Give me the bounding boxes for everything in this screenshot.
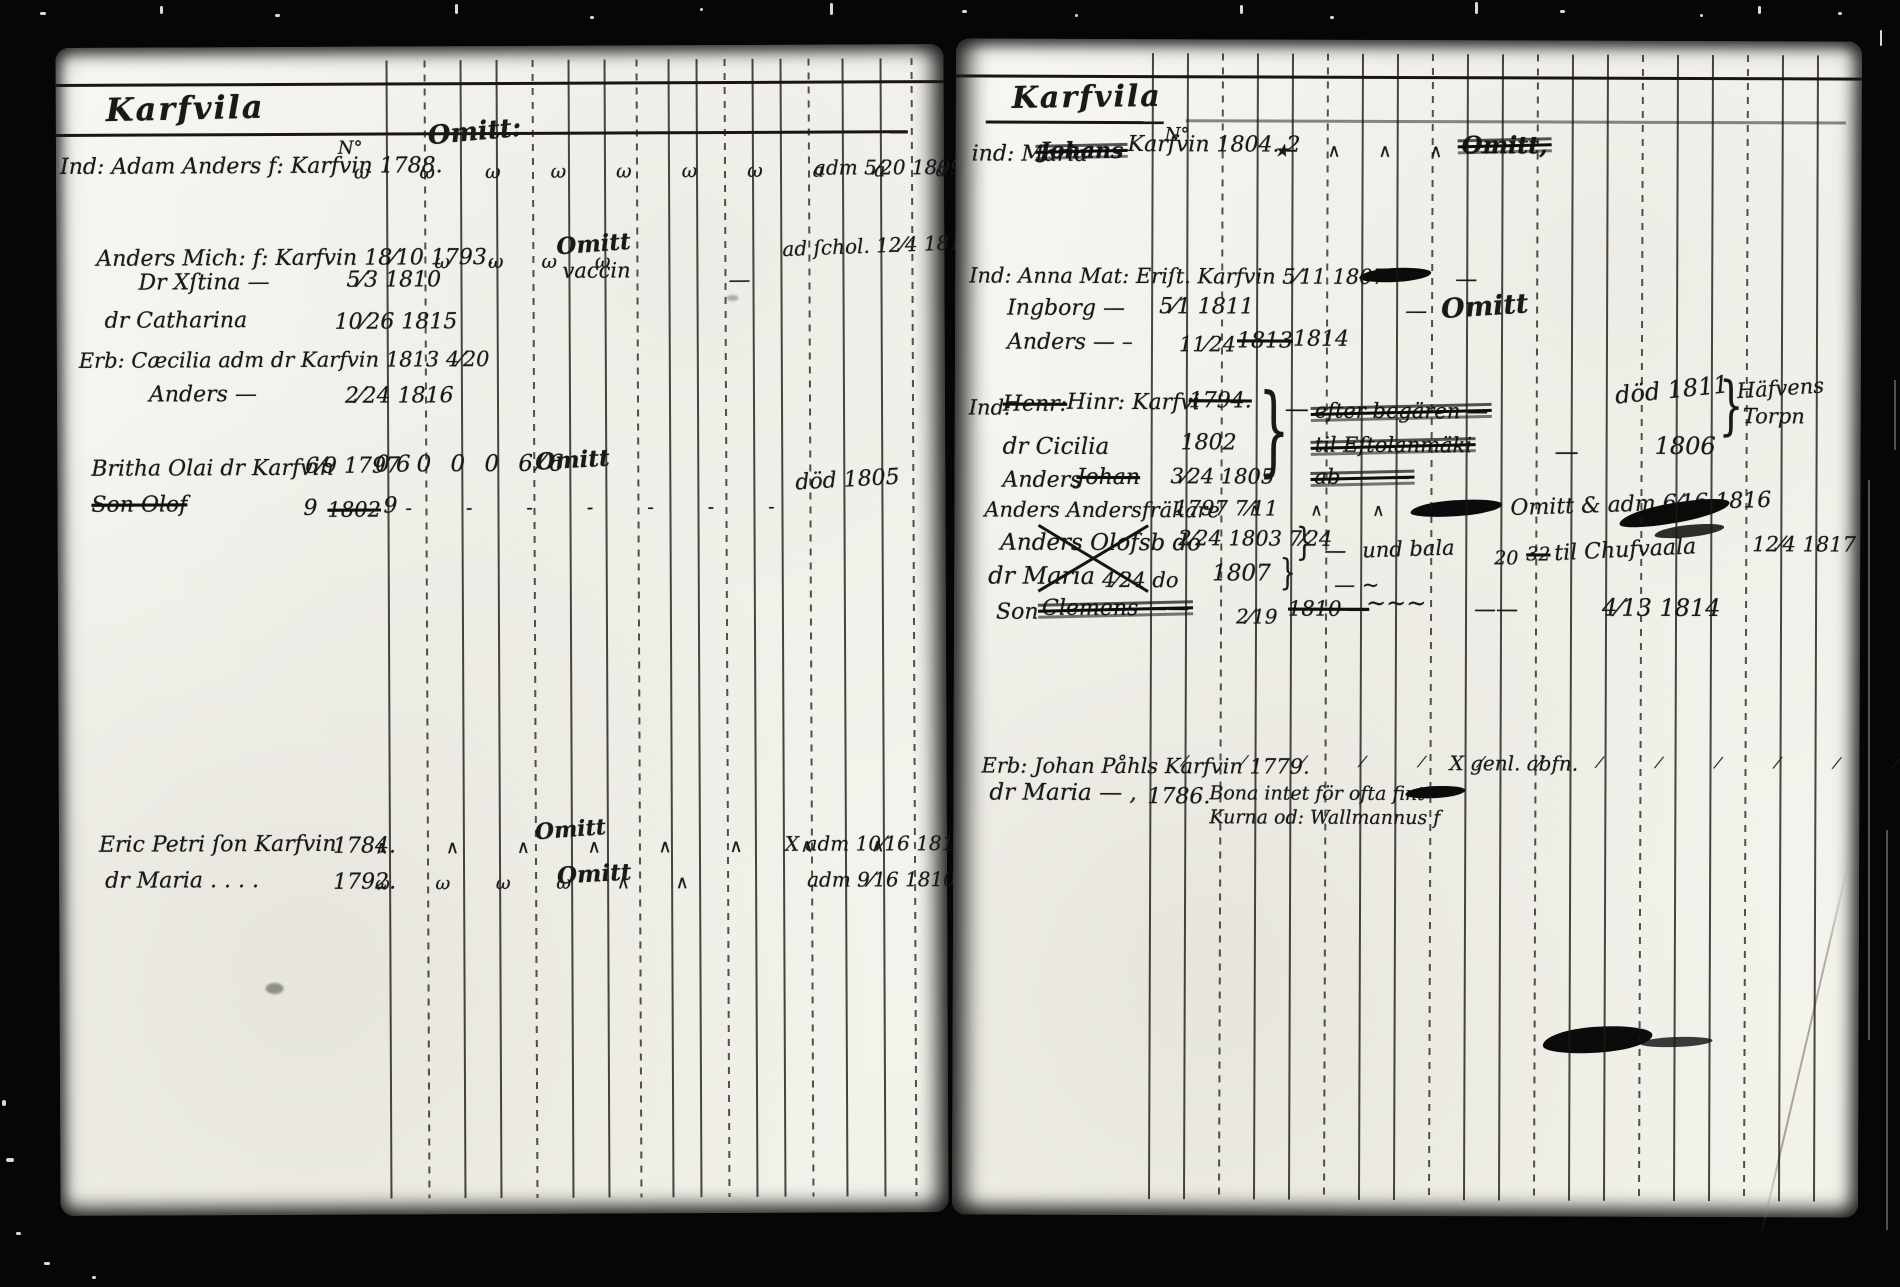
column-rule [1813, 55, 1819, 1201]
scanned-register-spread: Karfvila N° Ind: Adam Anders f: Karfvin … [0, 0, 1900, 1287]
column-rule [1393, 54, 1399, 1200]
dust-speckle [962, 10, 967, 13]
column-rule [1533, 54, 1539, 1200]
column-rule [1288, 54, 1294, 1200]
dust-speckle [590, 16, 594, 19]
dashed-line: - - - - - - - [405, 497, 798, 520]
column-rule [1218, 53, 1224, 1199]
admission-note: adm 9⁄16 1810 [807, 868, 956, 891]
entry-name: Hinr: Karfvi [1067, 391, 1200, 416]
annotation-omitt-struck: Omitt, [1462, 132, 1548, 159]
column-rule [460, 60, 467, 1198]
crease-line [1760, 854, 1851, 1236]
year: 1786. [1147, 785, 1210, 809]
year: 1802 [1181, 431, 1237, 455]
column-rule [808, 59, 815, 1197]
dash: — [728, 269, 750, 293]
entry-name: Eric Petri ſon Karfvin [99, 833, 337, 858]
dash: — [1555, 439, 1579, 465]
column-rule [696, 59, 703, 1197]
column-rule [1183, 53, 1189, 1199]
struck-word: Clemens —— [1042, 597, 1189, 622]
son-line: Son [996, 601, 1039, 625]
dust-speckle [830, 3, 833, 15]
grouping-brace: } [1280, 554, 1296, 594]
daughter-line: Ingborg — [1007, 297, 1125, 322]
dash: — [1324, 540, 1346, 564]
year-struck: 1810 — [1288, 598, 1369, 621]
dust-speckle [1075, 14, 1078, 17]
dust-speckle [700, 8, 703, 11]
column-rule [780, 59, 787, 1197]
column-rule [1358, 54, 1364, 1200]
dash: —— [1474, 598, 1518, 622]
struck-word: Johans [1040, 139, 1124, 163]
entry-name: Ind: Anna Mat: Eriſt. Karfvin 5⁄11 1807 [969, 264, 1386, 289]
year: 1814 [1293, 328, 1349, 352]
number: 9 [303, 497, 317, 521]
date: 12⁄4 1817 [1752, 533, 1856, 556]
dust-speckle [160, 6, 163, 14]
column-rule [880, 58, 887, 1196]
dust-speckle [275, 14, 280, 17]
smudge-mark [266, 983, 284, 994]
column-rule [386, 60, 393, 1198]
tally-marks: ω ω ω ω ∧ ∧ [375, 873, 709, 894]
column-rule [532, 60, 539, 1198]
column-rule [1428, 54, 1434, 1200]
column-rule [752, 59, 759, 1197]
smudge-mark [727, 295, 739, 301]
left-page: Karfvila N° Ind: Adam Anders f: Karfvin … [55, 44, 948, 1216]
column-rule [1323, 54, 1329, 1200]
column-rule [636, 59, 643, 1197]
column-rule [668, 59, 675, 1197]
year: 1806 [1655, 433, 1716, 460]
dust-speckle [1330, 16, 1334, 19]
daughter-line: dr Catharina [105, 309, 248, 334]
dust-speckle [1475, 2, 1478, 14]
column-rule [568, 60, 575, 1198]
note: X genl. abfn. [1449, 752, 1578, 774]
dust-speckle [1700, 14, 1703, 17]
dust-speckle [455, 4, 458, 14]
page-heading: Karfvila [1012, 80, 1162, 115]
dash: — [1405, 300, 1427, 324]
column-rule [1743, 55, 1749, 1201]
grouping-brace: } [1296, 522, 1313, 564]
scratch-line [1868, 480, 1870, 1040]
column-rule [1708, 55, 1714, 1201]
dust-speckle [44, 1262, 50, 1265]
right-page: Karfvila N° ind: Maria Johans Karfvin 18… [952, 38, 1862, 1217]
column-rule [1463, 54, 1469, 1200]
entry-name: Erb: Cæcilia adm dr Karfvin 1813 4⁄20 [79, 348, 490, 373]
son-line: Anders — [149, 383, 257, 408]
column-rule [842, 59, 849, 1197]
dust-speckle [16, 1232, 21, 1235]
note: Bona intet för ofta fint [1209, 783, 1425, 805]
dust-speckle [6, 1158, 14, 1162]
date: 5⁄1 1811 [1159, 295, 1254, 320]
heading-underline [986, 121, 1164, 124]
note: und bala [1362, 537, 1455, 563]
dust-speckle [1838, 12, 1842, 15]
column-rule [1498, 54, 1504, 1200]
place-note: Torpn [1743, 405, 1805, 428]
column-rule [1148, 53, 1154, 1199]
annotation-omitt: Omitt [1440, 289, 1529, 324]
date-fraction: 2⁄19 [1236, 605, 1278, 627]
daughter-line: dr Maria — , [989, 781, 1136, 807]
daughter-line: dr Maria . . . . [105, 869, 259, 894]
scratch-line [1894, 380, 1896, 450]
son-line: Anders [1002, 469, 1081, 493]
column-rule [724, 59, 731, 1197]
dust-speckle [1758, 6, 1761, 14]
annotation-vaccin: vaccin [562, 259, 630, 282]
ink-blot [1542, 1023, 1653, 1056]
column-rule [424, 60, 431, 1198]
column-rule [1673, 55, 1679, 1201]
dust-speckle [2, 1100, 6, 1106]
admission-note: adm 5⁄20 1809 [814, 156, 963, 179]
struck-note: efter begären — [1315, 400, 1488, 424]
header-rule-top [56, 80, 944, 86]
daughter-line: Dr Xſtina — [138, 271, 269, 296]
column-rule [911, 58, 918, 1196]
date: 4⁄13 1814 [1602, 595, 1721, 622]
dust-speckle [1240, 5, 1243, 14]
dust-speckle [92, 1276, 96, 1279]
dust-speckle [40, 12, 46, 15]
struck-word: Henr: [1003, 393, 1067, 417]
annotation-omitt: Omitt [556, 860, 632, 889]
dash: — [1285, 396, 1309, 422]
column-rule [1778, 55, 1784, 1201]
date: 10⁄26 1815 [335, 310, 458, 335]
number: 20 [1494, 548, 1518, 569]
year-struck: 1813 [1237, 329, 1293, 353]
column-rule [496, 60, 503, 1198]
entry-name: Britha Olai dr Karfvin [91, 457, 334, 482]
annotation-omitt: Omitt [535, 446, 611, 475]
school-note: ad ſchol. 12⁄4 1813 [782, 231, 975, 261]
son-line: Anders — – [1007, 331, 1133, 356]
struck-note: til Eſtolanmäki [1315, 434, 1472, 458]
date: 2⁄24 1816 [345, 384, 454, 409]
annotation-omitt: Omitt: [427, 114, 523, 151]
struck-word: Johan [1076, 466, 1140, 490]
page-heading: Karfvila [105, 90, 265, 129]
annotation-omitt: Omitt [555, 229, 631, 260]
date: 5⁄3 1810 [346, 268, 441, 293]
number: 9 [383, 494, 397, 518]
dust-speckle [1560, 10, 1565, 13]
scratch-line [1886, 830, 1888, 1230]
dust-speckle [1880, 30, 1882, 46]
daughter-line: dr Cicilia [1003, 435, 1110, 461]
year-struck: 1802 [327, 499, 381, 522]
son-line-struck: Son Olof [91, 493, 187, 518]
number-struck: 32 [1526, 544, 1550, 565]
